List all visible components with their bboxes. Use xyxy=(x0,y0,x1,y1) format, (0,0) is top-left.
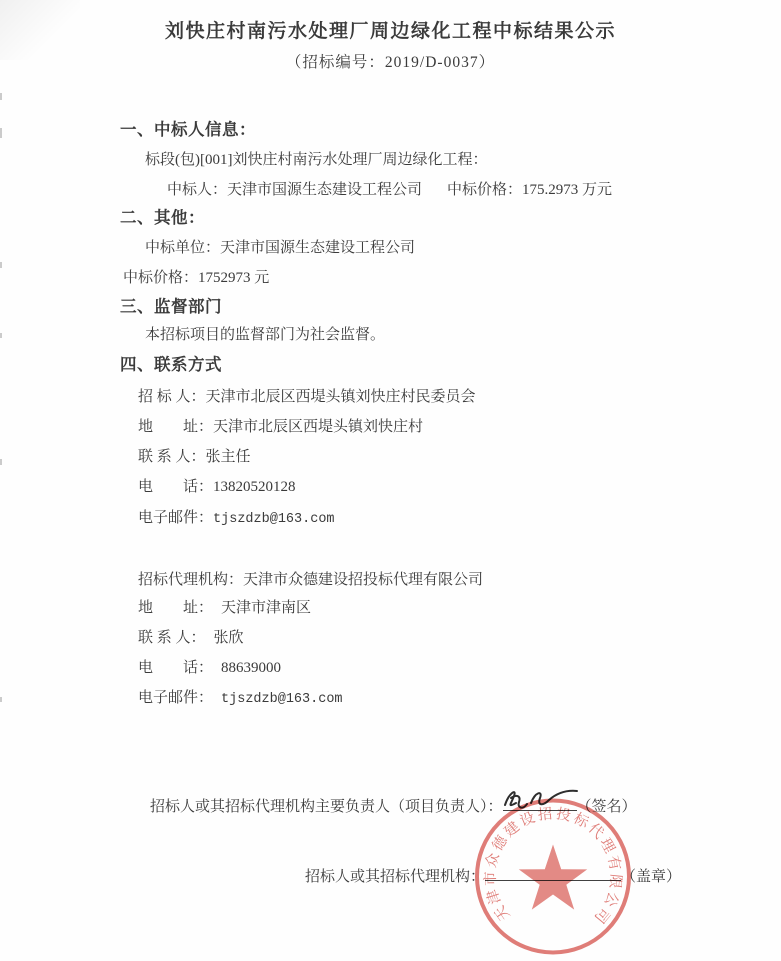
lot-description-line: 标段(包)[001]刘快庄村南污水处理厂周边绿化工程： xyxy=(145,150,487,170)
agency-phone-row: 电 话：88639000 xyxy=(138,658,281,678)
field-value: tjszdzb@163.com xyxy=(213,512,335,527)
tender-number-subtitle: （招标编号：2019/D-0037） xyxy=(0,53,781,73)
tenderer-email-row: 电子邮件：tjszdzb@163.com xyxy=(138,508,335,530)
winner-label: 中标人： xyxy=(167,182,227,198)
field-label: 电子邮件： xyxy=(138,690,213,706)
scan-edge-speck xyxy=(0,128,2,138)
tenderer-name-row: 招 标 人：天津市北辰区西堤头镇刘快庄村民委员会 xyxy=(138,387,476,407)
section-2-heading: 二、其他： xyxy=(120,208,205,228)
winner-line: 中标人：天津市国源生态建设工程公司 xyxy=(167,180,422,200)
field-value: 13820520128 xyxy=(213,479,296,495)
unit-label: 中标单位： xyxy=(145,240,220,256)
seal-line-label: 招标人或其招标代理机构： xyxy=(305,869,485,885)
winning-unit-line: 中标单位：天津市国源生态建设工程公司 xyxy=(145,238,415,258)
section-3-heading: 三、监督部门 xyxy=(120,297,222,317)
section-1-heading: 一、中标人信息： xyxy=(120,120,256,140)
field-value: 天津市津南区 xyxy=(213,600,311,616)
tenderer-address-row: 地 址：天津市北辰区西堤头镇刘快庄村 xyxy=(138,417,423,437)
winner-value: 天津市国源生态建设工程公司 xyxy=(227,182,422,198)
scan-edge-speck xyxy=(0,93,2,100)
supervision-body-line: 本招标项目的监督部门为社会监督。 xyxy=(145,325,385,345)
field-label: 电 话： xyxy=(138,479,213,495)
scan-edge-speck xyxy=(0,697,2,702)
field-value: tjszdzb@163.com xyxy=(213,692,343,707)
field-value: 张欣 xyxy=(206,630,244,646)
price-value: 175.2973 万元 xyxy=(522,182,612,198)
award-price-line: 中标价格：175.2973 万元 xyxy=(447,180,612,200)
price-label: 中标价格： xyxy=(447,182,522,198)
tenderer-phone-row: 电 话：13820520128 xyxy=(138,477,296,497)
scanned-document-page: 刘快庄村南污水处理厂周边绿化工程中标结果公示 （招标编号：2019/D-0037… xyxy=(0,0,781,961)
scan-edge-speck xyxy=(0,459,2,465)
field-label: 联 系 人： xyxy=(138,449,206,465)
field-label: 联 系 人： xyxy=(138,630,206,646)
agency-contact-row: 联 系 人：张欣 xyxy=(138,628,244,648)
field-value: 88639000 xyxy=(213,660,281,676)
award-price-yuan-line: 中标价格：1752973 元 xyxy=(123,268,269,288)
field-value: 天津市北辰区西堤头镇刘快庄村民委员会 xyxy=(206,389,476,405)
document-title: 刘快庄村南污水处理厂周边绿化工程中标结果公示 xyxy=(0,22,781,42)
field-label: 招标代理机构： xyxy=(138,572,243,588)
scan-edge-speck xyxy=(0,333,2,338)
section-4-heading: 四、联系方式 xyxy=(120,355,222,375)
field-label: 电 话： xyxy=(138,660,213,676)
signature-line-label: 招标人或其招标代理机构主要负责人（项目负责人）： xyxy=(150,799,503,815)
field-value: 天津市北辰区西堤头镇刘快庄村 xyxy=(213,419,423,435)
field-value: 天津市众德建设招投标代理有限公司 xyxy=(243,572,483,588)
scan-edge-speck xyxy=(0,262,2,268)
field-label: 电子邮件： xyxy=(138,510,213,526)
red-company-seal: 天津市众德建设招投标代理有限公司 xyxy=(472,795,634,958)
agency-name-row: 招标代理机构：天津市众德建设招投标代理有限公司 xyxy=(138,570,483,590)
seal-star-icon xyxy=(519,845,587,910)
agency-email-row: 电子邮件：tjszdzb@163.com xyxy=(138,688,343,710)
field-label: 地 址： xyxy=(138,600,213,616)
unit-value: 天津市国源生态建设工程公司 xyxy=(220,240,415,256)
price-value: 1752973 元 xyxy=(198,270,269,286)
price-label: 中标价格： xyxy=(123,270,198,286)
field-label: 招 标 人： xyxy=(138,389,206,405)
agency-address-row: 地 址：天津市津南区 xyxy=(138,598,311,618)
field-label: 地 址： xyxy=(138,419,213,435)
tenderer-contact-row: 联 系 人：张主任 xyxy=(138,447,251,467)
field-value: 张主任 xyxy=(206,449,251,465)
